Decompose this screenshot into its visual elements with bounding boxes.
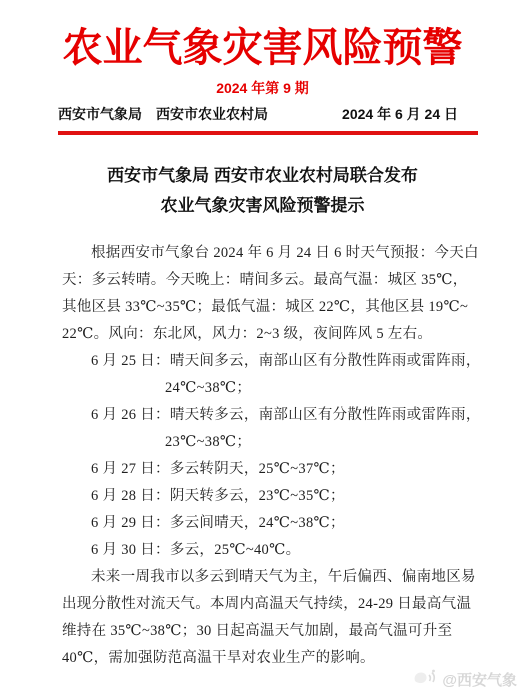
- body-line: 维持在 35℃~38℃；30 日起高温天气加剧，最高气温可升至: [62, 618, 464, 645]
- section-heading-line1: 西安市气象局 西安市农业农村局联合发布: [0, 161, 525, 191]
- body-line-temp-jun26: 23℃~38℃；: [62, 429, 464, 456]
- masthead: 西安市气象局 西安市农业农村局 2024 年 6 月 24 日: [58, 104, 478, 135]
- weather-warning-document: 农业气象灾害风险预警 2024 年第 9 期 西安市气象局 西安市农业农村局 2…: [0, 0, 525, 695]
- body-line: 22℃。风向：东北风，风力：2~3 级，夜间阵风 5 左右。: [62, 321, 464, 348]
- body-line-forecast-jun28: 6 月 28 日：阴天转多云，23℃~35℃；: [62, 483, 464, 510]
- body-line-temp-jun25: 24℃~38℃；: [62, 375, 464, 402]
- weibo-watermark: @西安气象: [412, 668, 517, 690]
- megaphone-logo-icon: [412, 668, 438, 690]
- issue-number: 2024 年第 9 期: [0, 78, 525, 98]
- body-line: 40℃，需加强防范高温干旱对农业生产的影响。: [62, 645, 464, 672]
- issue-date: 2024 年 6 月 24 日: [342, 104, 458, 124]
- body-line-forecast-jun27: 6 月 27 日：多云转阴天，25℃~37℃；: [62, 456, 464, 483]
- section-heading-line2: 农业气象灾害风险预警提示: [0, 191, 525, 221]
- forecast-body: 根据西安市气象台 2024 年 6 月 24 日 6 时天气预报：今天白 天：多…: [62, 240, 464, 672]
- issuing-agencies: 西安市气象局 西安市农业农村局: [58, 104, 268, 124]
- section-heading: 西安市气象局 西安市农业农村局联合发布 农业气象灾害风险预警提示: [0, 161, 525, 221]
- body-line: 未来一周我市以多云到晴天气为主，午后偏西、偏南地区易: [62, 564, 464, 591]
- body-line: 根据西安市气象台 2024 年 6 月 24 日 6 时天气预报：今天白: [62, 240, 464, 267]
- body-line: 其他区县 33℃~35℃；最低气温：城区 22℃，其他区县 19℃~: [62, 294, 464, 321]
- body-line-forecast-jun25: 6 月 25 日：晴天间多云，南部山区有分散性阵雨或雷阵雨，: [62, 348, 464, 375]
- body-line: 出现分散性对流天气。本周内高温天气持续，24-29 日最高气温: [62, 591, 464, 618]
- document-title: 农业气象灾害风险预警: [0, 22, 525, 74]
- watermark-handle: @西安气象: [442, 669, 517, 690]
- body-line: 天：多云转晴。今天晚上：晴间多云。最高气温：城区 35℃，: [62, 267, 464, 294]
- body-line-forecast-jun26: 6 月 26 日：晴天转多云，南部山区有分散性阵雨或雷阵雨，: [62, 402, 464, 429]
- body-line-forecast-jun29: 6 月 29 日：多云间晴天，24℃~38℃；: [62, 510, 464, 537]
- body-line-forecast-jun30: 6 月 30 日：多云，25℃~40℃。: [62, 537, 464, 564]
